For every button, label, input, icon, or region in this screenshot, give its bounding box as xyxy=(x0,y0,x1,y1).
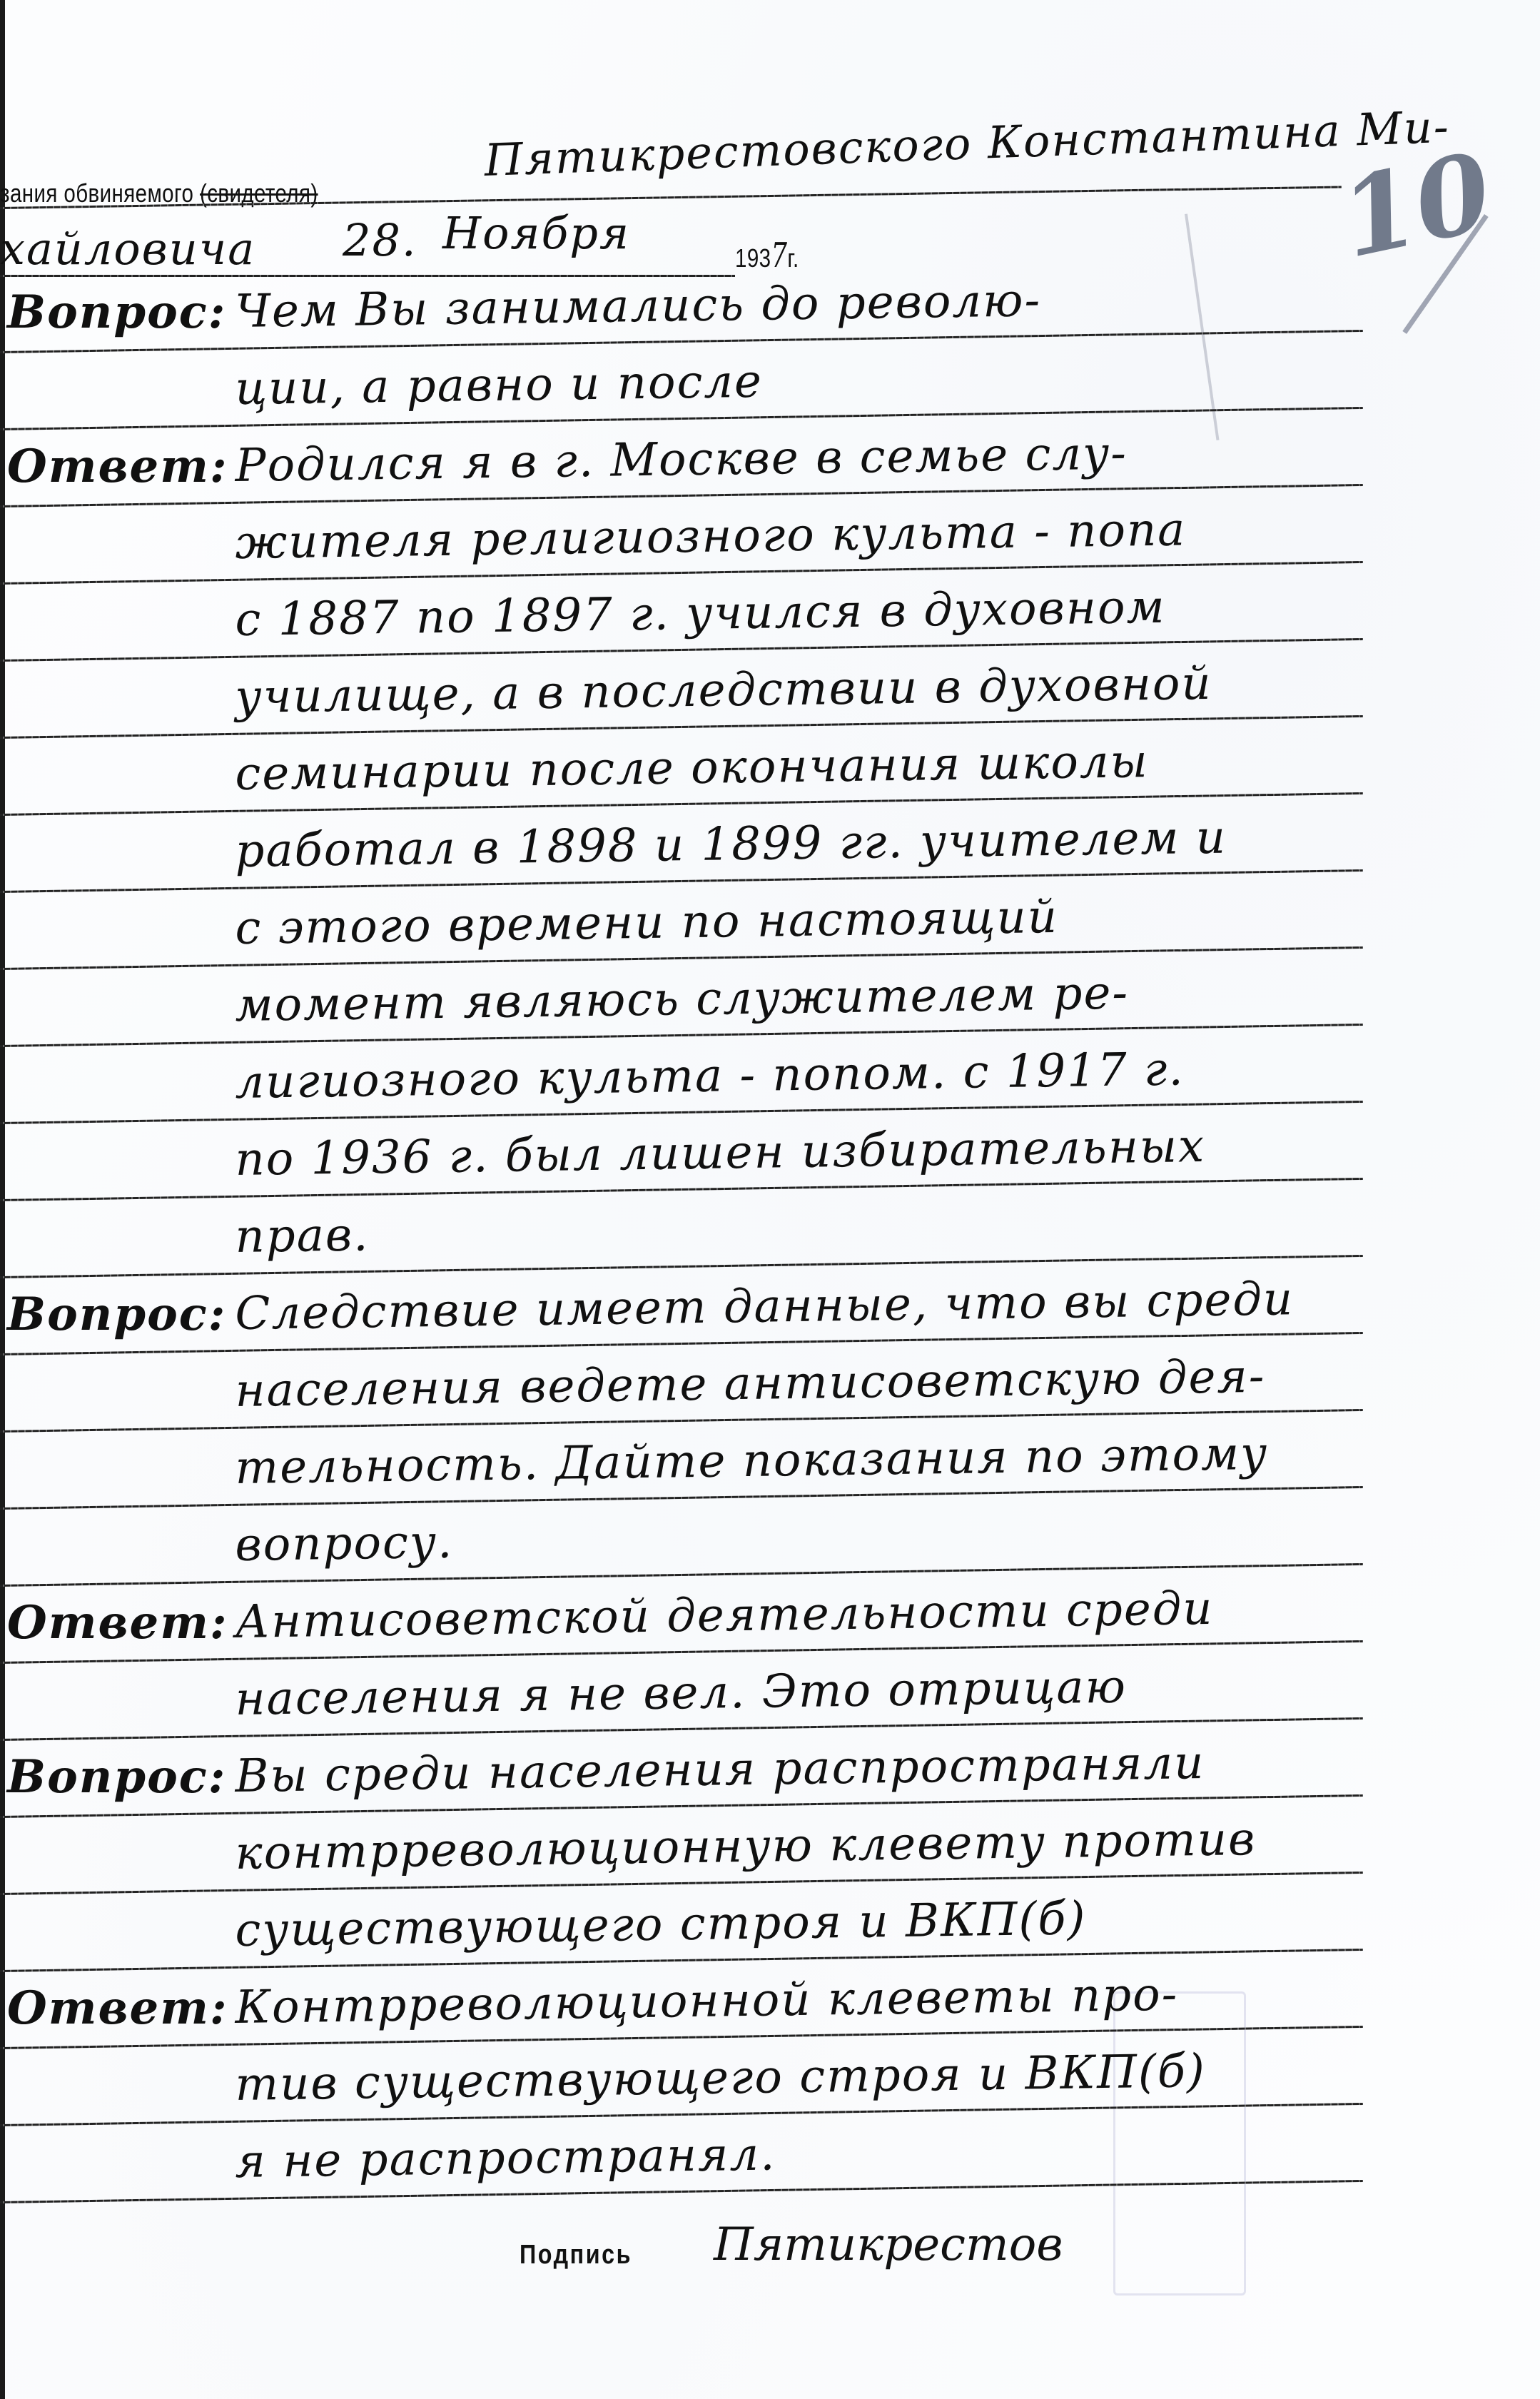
handwritten-line: работал в 1898 и 1899 гг. учителем и xyxy=(235,812,1227,878)
date-day: 28. xyxy=(343,214,417,266)
handwritten-line: Следствие имеет данные, что вы среди xyxy=(235,1273,1295,1340)
handwritten-line: прав. xyxy=(235,1208,370,1263)
handwritten-line: лигиозного культа - попом. с 1917 г. xyxy=(235,1043,1185,1109)
handwritten-line: Антисоветской деятельности среди xyxy=(235,1582,1214,1649)
pencil-stroke xyxy=(1185,213,1219,440)
handwritten-line: Родился я в г. Москве в семье слу- xyxy=(235,428,1128,493)
handwritten-line: тив существующего строя и ВКП(б) xyxy=(235,2045,1206,2111)
handwritten-line: момент являюсь служителем ре- xyxy=(235,967,1130,1032)
date-year: 1937г. xyxy=(735,236,799,276)
ruled-line xyxy=(0,407,1363,430)
line-label: Вопрос: xyxy=(7,1288,226,1341)
year-hand: 7 xyxy=(771,236,787,276)
accused-name-line2: хайловича xyxy=(0,223,255,275)
line-label: Ответ: xyxy=(7,1981,228,2035)
date-month: Ноября xyxy=(442,207,630,259)
handwritten-line: вопросу. xyxy=(235,1516,454,1572)
year-suffix: г. xyxy=(787,243,799,273)
handwritten-line: контрреволюционную клевету против xyxy=(235,1813,1257,1880)
line-label: Вопрос: xyxy=(7,1750,226,1804)
handwritten-line: училище, а в последствии в духовной xyxy=(235,657,1212,724)
handwritten-line: с 1887 по 1897 г. учился в духовном xyxy=(235,581,1166,647)
accused-name-line1: Пятикрестовского Константина Ми- xyxy=(483,101,1450,186)
ruled-line xyxy=(0,1178,1363,1201)
ruled-line xyxy=(0,1486,1363,1510)
handwritten-line: по 1936 г. был лишен избирательных xyxy=(235,1120,1206,1186)
signature: Пятикрестов xyxy=(714,2218,1063,2271)
handwritten-line: ции, а равно и после xyxy=(235,355,763,415)
printed-prefix: зания обвиняемого xyxy=(0,178,193,208)
line-label: Ответ: xyxy=(7,1596,228,1650)
handwritten-line: населения ведете антисоветскую дея- xyxy=(235,1350,1266,1418)
handwritten-line: существующего строя и ВКП(б) xyxy=(235,1892,1087,1957)
handwritten-line: жителя религиозного культа - попа xyxy=(235,503,1187,570)
ruled-line xyxy=(0,946,1363,970)
handwritten-line: я не распространял. xyxy=(235,2128,776,2188)
handwritten-line: с этого времени по настоящий xyxy=(235,891,1058,955)
handwritten-line: населения я не вел. Это отрицаю xyxy=(235,1661,1127,1726)
faint-stamp xyxy=(1113,1991,1246,2296)
handwritten-line: семинарии после окончания школы xyxy=(235,735,1149,801)
document-page: 10 зания обвиняемого (свидетеля) Пятикре… xyxy=(0,0,1540,2399)
handwritten-line: Вы среди населения распространяли xyxy=(235,1737,1205,1803)
line-label: Вопрос: xyxy=(7,286,226,339)
ruled-line xyxy=(0,1872,1363,1895)
handwritten-line: Чем Вы занимались до револю- xyxy=(235,274,1042,338)
year-printed: 193 xyxy=(735,243,771,273)
handwritten-line: тельность. Дайте показания по этому xyxy=(235,1428,1269,1495)
line-label: Ответ: xyxy=(7,440,228,493)
handwritten-line: Контрреволюционной клеветы про- xyxy=(235,1969,1179,2034)
ruled-line xyxy=(0,869,1363,893)
ruled-line xyxy=(0,275,735,277)
signature-label: Подпись xyxy=(520,2240,632,2271)
ruled-line xyxy=(0,715,1363,739)
